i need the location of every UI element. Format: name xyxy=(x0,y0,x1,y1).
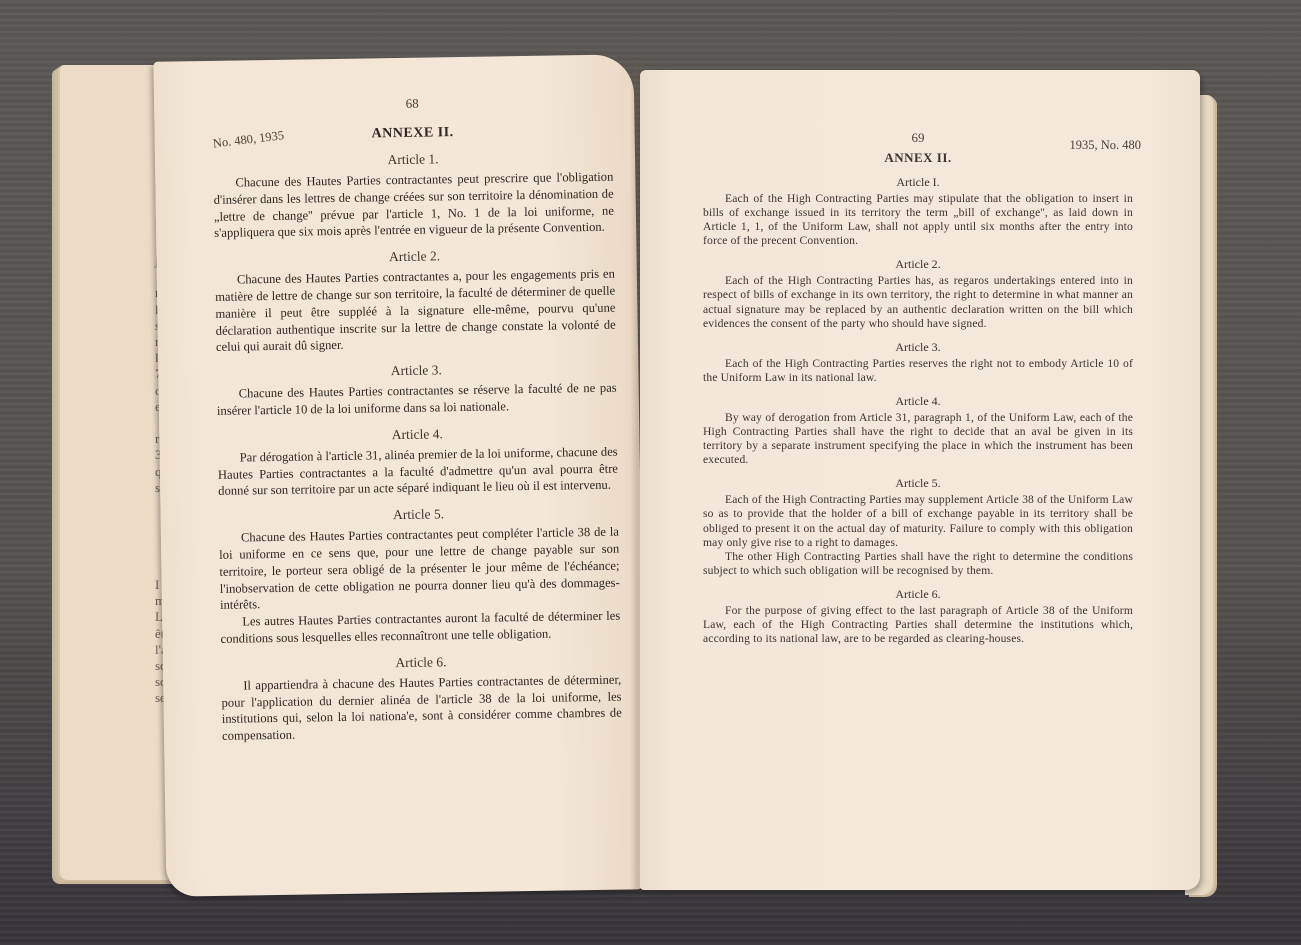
article-heading: Article 3. xyxy=(216,360,616,382)
article-paragraph: Il appartiendra à chacune des Hautes Par… xyxy=(221,671,622,744)
article-6: Article 6.Il appartiendra à chacune des … xyxy=(221,651,622,744)
article-heading: Article 3. xyxy=(703,340,1133,355)
article-list: Article 1.Chacune des Hautes Parties con… xyxy=(213,149,622,745)
article-paragraph: By way of derogation from Article 31, pa… xyxy=(703,411,1133,467)
article-heading: Article 5. xyxy=(219,504,619,526)
article-paragraph: For the purpose of giving effect to the … xyxy=(703,604,1133,646)
article-6: Article 6.For the purpose of giving effe… xyxy=(703,587,1133,646)
article-heading: Article 6. xyxy=(221,651,621,673)
article-heading: Article 6. xyxy=(703,587,1133,602)
article-heading: Article 4. xyxy=(217,423,617,445)
article-paragraph: Each of the High Contracting Parties res… xyxy=(703,357,1133,385)
article-paragraph: The other High Contracting Parties shall… xyxy=(703,550,1133,578)
article-paragraph: Chacune des Hautes Parties contractantes… xyxy=(219,524,620,614)
article-1: Article I.Each of the High Contracting P… xyxy=(703,175,1133,248)
article-2: Article 2.Each of the High Contracting P… xyxy=(703,257,1133,330)
page-69-content: 1935, No. 480 69 ANNEX II. Article I.Eac… xyxy=(703,130,1133,646)
article-4: Article 4.Par dérogation à l'article 31,… xyxy=(217,423,618,500)
article-heading: Article 4. xyxy=(703,394,1133,409)
open-book: jo ni lii st re l'a 7, ou en rel 31, qu … xyxy=(0,0,1301,945)
article-paragraph: Each of the High Contracting Parties may… xyxy=(703,192,1133,248)
article-paragraph: Each of the High Contracting Parties may… xyxy=(703,493,1133,549)
article-paragraph: Les autres Hautes Parties contractantes … xyxy=(220,608,620,648)
article-heading: Article 2. xyxy=(703,257,1133,272)
page-68-french: No. 480, 1935 68 ANNEXE II. Article 1.Ch… xyxy=(153,54,646,896)
article-1: Article 1.Chacune des Hautes Parties con… xyxy=(213,149,614,242)
article-3: Article 3.Each of the High Contracting P… xyxy=(703,340,1133,385)
article-heading: Article 5. xyxy=(703,476,1133,491)
article-4: Article 4.By way of derogation from Arti… xyxy=(703,394,1133,467)
article-paragraph: Par dérogation à l'article 31, alinéa pr… xyxy=(218,443,619,500)
page-69-english: 1935, No. 480 69 ANNEX II. Article I.Eac… xyxy=(640,70,1200,890)
article-heading: Article 2. xyxy=(214,246,614,268)
article-heading: Article 1. xyxy=(213,149,613,171)
article-heading: Article I. xyxy=(703,175,1133,190)
article-5: Article 5.Each of the High Contracting P… xyxy=(703,476,1133,578)
article-3: Article 3.Chacune des Hautes Parties con… xyxy=(216,360,617,420)
running-head: 1935, No. 480 xyxy=(1069,138,1141,153)
article-paragraph: Chacune des Hautes Parties contractantes… xyxy=(215,266,616,356)
article-paragraph: Chacune des Hautes Parties contractantes… xyxy=(213,169,614,242)
article-2: Article 2.Chacune des Hautes Parties con… xyxy=(214,246,616,356)
page-68-content: No. 480, 1935 68 ANNEXE II. Article 1.Ch… xyxy=(212,93,622,745)
article-5: Article 5.Chacune des Hautes Parties con… xyxy=(219,504,621,648)
page-number: 68 xyxy=(212,93,612,115)
article-list: Article I.Each of the High Contracting P… xyxy=(703,175,1133,646)
article-paragraph: Each of the High Contracting Parties has… xyxy=(703,274,1133,330)
article-paragraph: Chacune des Hautes Parties contractantes… xyxy=(217,380,617,420)
